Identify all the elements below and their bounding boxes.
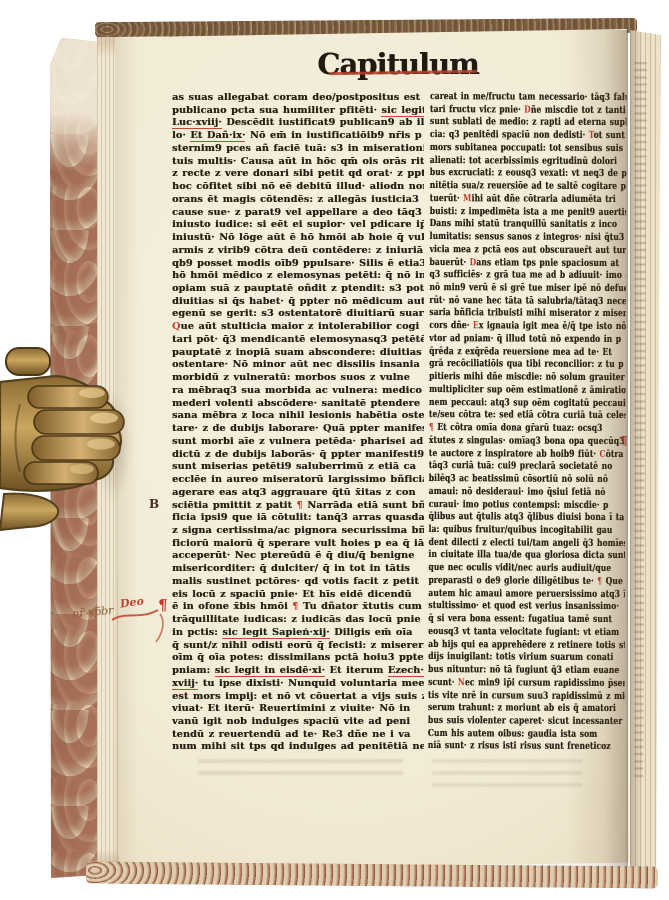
- text-line: eis locū z spaciū pnie· Et hīs eidē dice…: [172, 589, 424, 602]
- text-line: misericorditer: q̄ dulciter/ q̄ in tot i…: [172, 563, 424, 576]
- bottom-edge-marbled-band: [86, 862, 658, 889]
- text-line: publicano pcta sua humiliter pfitēti· si…: [172, 105, 424, 118]
- text-line: ficia ipsi9 que iā cōtulit: tanq̄3 arras…: [172, 512, 424, 525]
- rubric-underlined-citation: Ezech·: [388, 665, 424, 677]
- text-line: Luc·xviij· Descēdit iustificat9 publican…: [172, 117, 424, 130]
- text-line: malis sustinet pctōres· qd votis facit z…: [172, 576, 424, 589]
- text-line: hō hmōi mēdico z elemosynas petēti: q̄ n…: [172, 270, 424, 283]
- margin-letter: B: [149, 497, 159, 511]
- text-line: acceperūt· Nec ptereūdū ē q̄ diu/q̄ beni…: [172, 550, 424, 563]
- text-line: dictū z de dubijs laborās· q̄ ppter mani…: [172, 449, 424, 462]
- text-line: z signa certissima/ac pignora securissim…: [172, 525, 424, 538]
- rubric-underlined-citation: sic legit̄ in eisdē·xi·: [215, 665, 325, 677]
- text-line: xviij· tu ipse dixisti· Nunquid voluntar…: [172, 678, 424, 691]
- text-line: pauptatē z inopiā suam abscondere: diuit…: [172, 347, 424, 360]
- rubric-mark: N: [458, 677, 465, 688]
- text-line: vanū igit̄ nob indulges spaciū vite ad p…: [172, 716, 424, 729]
- text-line: sciētia pmittit z patit̄ ¶ Narrāda etiā …: [172, 500, 424, 513]
- rubric-underlined-citation: Luc·xviij·: [172, 117, 222, 129]
- rubric-mark: ¶: [297, 500, 303, 511]
- text-line: morbidū z vulneratū: morbos suos z vulne: [172, 372, 424, 385]
- text-line: iniustū· Nō lōge aūt ē hō hmōi ab hoie q…: [172, 232, 424, 245]
- text-line: sunt miserias petēti9 saluberrimū z etiā…: [172, 461, 424, 474]
- text-line: cause sue· z parat9 vel appellare a deo …: [172, 207, 424, 220]
- text-line: ostentare· Nō minor aūt nec dissil̄is in…: [172, 359, 424, 372]
- rubric-mark: E: [473, 320, 479, 331]
- text-line: in pctis: sic legit̄ Sapień·xij· Diligis…: [172, 627, 424, 640]
- rubric-mark: D: [470, 257, 477, 268]
- text-line: sternim9 pces añ faciē tuā: s3 in misera…: [172, 143, 424, 156]
- text-line: sunt morbi aīe z vulnera petēda· pharise…: [172, 436, 424, 449]
- text-line: opiam suā z pauptatē oñdit z ptendit: s3…: [172, 283, 424, 296]
- text-line: qb9 posset modis oīb9 ppulsare· Sil̄is ē…: [172, 258, 424, 271]
- red-flourish: [110, 604, 172, 644]
- rubric-mark: D: [524, 104, 531, 115]
- brass-clasp-hand: [0, 346, 132, 532]
- clasp-upper-loop: [6, 348, 50, 375]
- text-line: num mihi sit tps qd indulges ad penitēti…: [172, 741, 424, 754]
- rubric-mark: ¶: [429, 422, 434, 433]
- gutter-shadow: [566, 30, 628, 870]
- text-line: q̄ sunt/z nihil odisti eorū q̄ fecisti: …: [172, 640, 424, 653]
- text-line: ecclēe in aureo miseratorū largissimo bñ…: [172, 474, 424, 487]
- rubric-underlined-citation: sic legit̄ Sapień·xij·: [222, 627, 329, 639]
- text-line: tare· z de dubijs laborare· Quā ppter ma…: [172, 423, 424, 436]
- text-line: ra mēbraq3 sua morbida ac vulnera: medic…: [172, 385, 424, 398]
- rubric-mark: M: [463, 193, 471, 204]
- rubric-underlined-citation: sic legit̄: [381, 105, 424, 117]
- text-line: tari pōt· q̄3 mendicantē elemosynasq3 pe…: [172, 334, 424, 347]
- text-line: sana mēbra z loca nihil lesionis habētia…: [172, 410, 424, 423]
- text-line: tendū z reuertendū ad te· Re3 dñe ne i v…: [172, 729, 424, 742]
- text-line: Que aūt stulticia maior z intolerabilior…: [172, 321, 424, 334]
- text-line: mederi volenti abscōdere· sanitatē ptend…: [172, 398, 424, 411]
- text-line: armis z virib9 cōtra deū contēdere: z in…: [172, 245, 424, 258]
- text-line: z recte z vere donari sibi petit qd orat…: [172, 168, 424, 181]
- book-photo: Capitulum as suas allegabat coram deo/po…: [0, 0, 669, 900]
- rubric-underlined-citation: xviij·: [172, 678, 198, 690]
- text-line: lo· Et Dañ·ix· Nō em̄ in iustificatiōib9…: [172, 130, 424, 143]
- text-line: tuis multis· Causa aūt in hōc qm̄ ois or…: [172, 156, 424, 169]
- clasp-lower-nub: [0, 494, 58, 530]
- text-line: oīm q̄ oīa potes: dissimilans pctā hoiu3…: [172, 652, 424, 665]
- page-heading: Capitulum: [170, 47, 626, 83]
- showthrough-right: [432, 759, 582, 793]
- text-line: viuat· Et iterū· Reuertimini z viuite· N…: [172, 703, 424, 716]
- text-line: diuitias si q̄s habet· q̄ ppter nō mēdic…: [172, 296, 424, 309]
- rubric-mark: Q: [172, 321, 181, 332]
- text-line: egenū se gerit: s3 ostentatorē diuitiarū…: [172, 308, 424, 321]
- text-line: ficiorū maiorū q̄ sperare vult hoies p e…: [172, 538, 424, 551]
- text-line: ē in ofone x̄bis hmōi ¶ Tu dñator x̄tuti…: [172, 601, 424, 614]
- text-line: orans ēt̄ magis cōtendēs: z allegās iust…: [172, 194, 424, 207]
- text-line: hoc cōfitet̄ sibi nō eē debitū illud· al…: [172, 181, 424, 194]
- rubric-underlined-citation: Et Dañ·ix·: [190, 130, 245, 142]
- text-line: est mors impij: et nō vt cōuertat̄ a vij…: [172, 691, 424, 704]
- text-line: agerare eas atq3 aggrauare q̄tū x̄itas z…: [172, 487, 424, 500]
- text-line: as suas allegabat coram deo/postpositus …: [172, 92, 424, 105]
- text-column-left: as suas allegabat coram deo/postpositus …: [172, 92, 424, 754]
- text-line: trāquillitate iudicas: z iudicās das loc…: [172, 614, 424, 627]
- text-line: iniusto iudice: si eēt ei supior· vel pd…: [172, 219, 424, 232]
- text-line: pniam: sic legit̄ in eisdē·xi· Et iterum…: [172, 665, 424, 678]
- showthrough-left: [198, 759, 403, 778]
- rubric-mark: ¶: [292, 601, 298, 612]
